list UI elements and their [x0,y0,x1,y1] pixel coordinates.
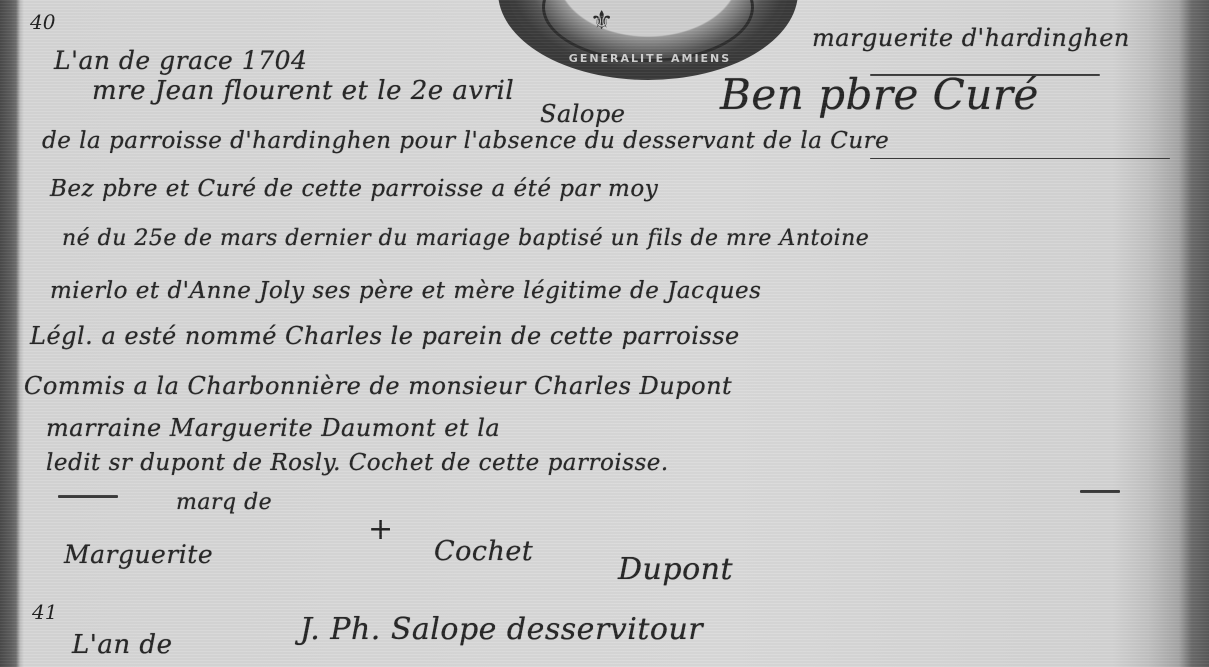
line-6: mierlo et d'Anne Joly ses père et mère l… [50,278,761,304]
signature-salope: J. Ph. Salope desservitour [300,612,703,647]
header-right-name: marguerite d'hardinghen [812,24,1130,52]
strike-stroke [870,158,1170,159]
entry-number-bottom: 41 [32,600,57,624]
line-7: Légl. a esté nommé Charles le parein de … [30,322,740,350]
signature-marguerite: Marguerite [64,540,213,569]
line-5: né du 25e de mars dernier du mariage bap… [62,226,869,251]
line-10: ledit sr dupont de Rosly. Cochet de cett… [46,450,669,476]
register-page: ⚜ GENERALITE AMIENS 40 41 marguerite d'h… [0,0,1209,667]
line-3: de la parroisse d'hardinghen pour l'abse… [42,128,889,154]
underline-stroke [870,74,1100,76]
line-9: marraine Marguerite Daumont et la [46,414,500,442]
signature-cochet: Cochet [434,536,533,567]
line-11: marq de [176,490,272,515]
cross-mark-icon: + [368,512,393,547]
line-8: Commis a la Charbonnière de monsieur Cha… [24,372,732,400]
line-4: Bez pbre et Curé de cette parroisse a ét… [50,176,658,202]
seal-legend: GENERALITE AMIENS [560,52,740,65]
line-2: mre Jean flourent et le 2e avril [92,76,514,106]
dash-stroke [58,495,118,498]
line-2-title: Ben pbre Curé [720,70,1039,119]
fleur-de-lis-icon: ⚜ [590,6,613,36]
line-2-surname: Salope [540,100,625,128]
dash-stroke-right [1080,490,1120,493]
royal-seal-stamp [498,0,798,80]
signature-dupont: Dupont [618,552,733,587]
line-1: L'an de grace 1704 [54,46,307,75]
next-entry-start: L'an de [72,630,172,660]
entry-number-top: 40 [30,10,55,34]
